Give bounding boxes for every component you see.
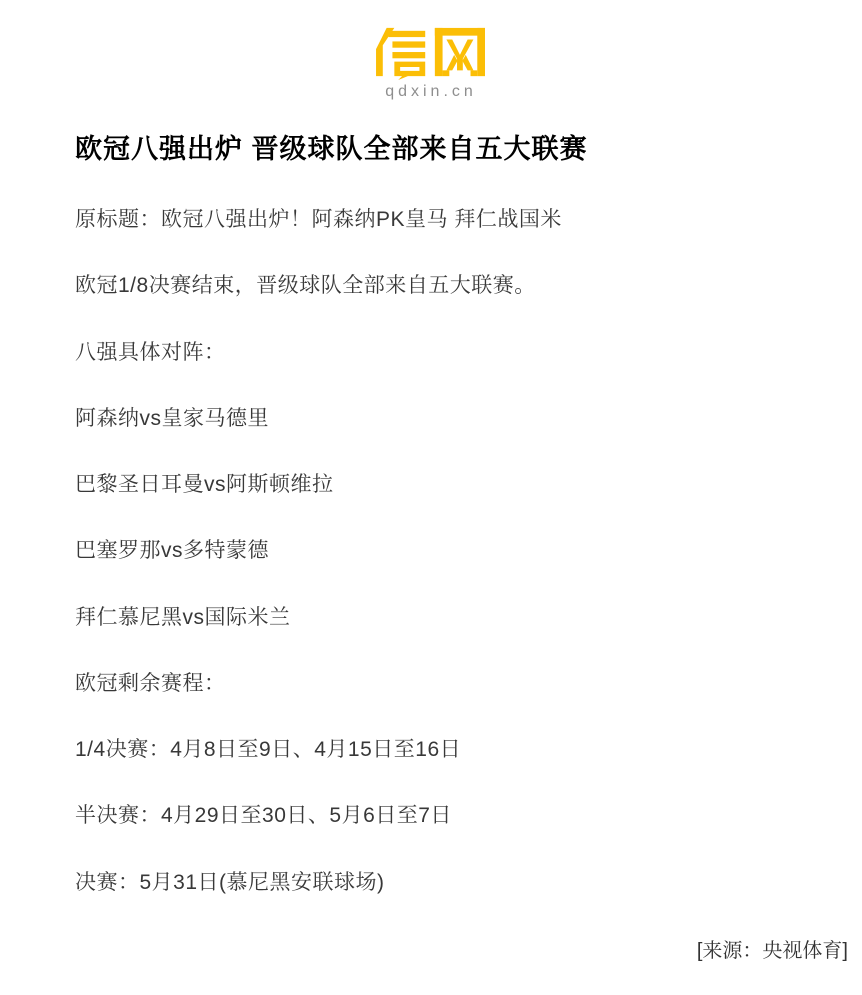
article-paragraph: 阿森纳vs皇家马德里 <box>75 406 787 432</box>
article-title: 欧冠八强出炉 晋级球队全部来自五大联赛 <box>75 134 787 165</box>
article-paragraph: 八强具体对阵： <box>75 340 787 366</box>
xinwang-logo-icon <box>373 26 489 80</box>
article-paragraph: 1/4决赛：4月8日至9日、4月15日至16日 <box>75 737 787 763</box>
article-paragraph: 原标题：欧冠八强出炉！阿森纳PK皇马 拜仁战国米 <box>75 207 787 233</box>
site-domain-text: qdxin.cn <box>373 83 489 101</box>
article-paragraph: 拜仁慕尼黑vs国际米兰 <box>75 605 787 631</box>
site-logo-link[interactable]: qdxin.cn <box>373 26 489 101</box>
article-source: [来源：央视体育] <box>0 934 848 963</box>
article-paragraph: 巴塞罗那vs多特蒙德 <box>75 538 787 564</box>
article-body: 原标题：欧冠八强出炉！阿森纳PK皇马 拜仁战国米欧冠1/8决赛结束，晋级球队全部… <box>0 207 862 896</box>
article-paragraph: 欧冠剩余赛程： <box>75 671 787 697</box>
article-paragraph: 欧冠1/8决赛结束，晋级球队全部来自五大联赛。 <box>75 273 787 299</box>
article-paragraph: 半决赛：4月29日至30日、5月6日至7日 <box>75 803 787 829</box>
article-paragraph: 巴黎圣日耳曼vs阿斯顿维拉 <box>75 472 787 498</box>
article-page: qdxin.cn 欧冠八强出炉 晋级球队全部来自五大联赛 原标题：欧冠八强出炉！… <box>0 0 862 995</box>
site-header: qdxin.cn <box>0 0 862 101</box>
article-paragraph: 决赛：5月31日(慕尼黑安联球场) <box>75 870 787 896</box>
